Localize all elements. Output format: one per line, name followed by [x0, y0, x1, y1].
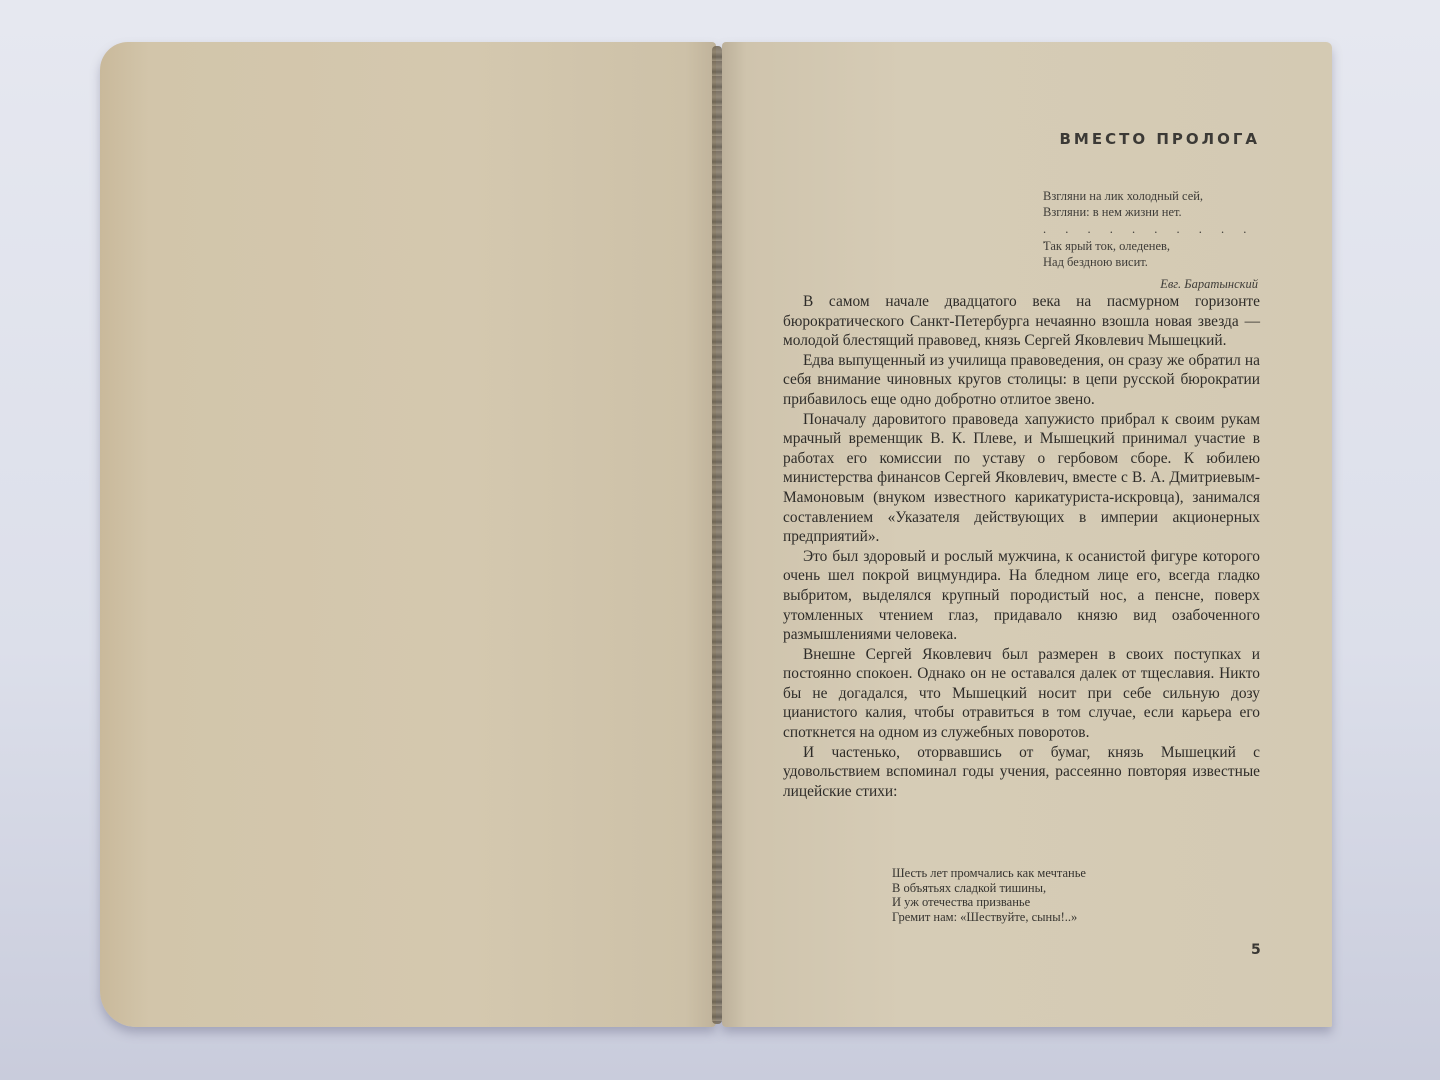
poem-line: Шесть лет промчались как мечтанье	[892, 866, 1152, 881]
paragraph: Это был здоровый и рослый мужчина, к оса…	[783, 547, 1260, 645]
epigraph-line: Над бездною висит.	[1043, 254, 1258, 270]
paragraph: Поначалу даровитого правоведа хапужисто …	[783, 410, 1260, 547]
poem-quote: Шесть лет промчались как мечтанье В объя…	[892, 866, 1152, 924]
poem-line: Гремит нам: «Шествуйте, сыны!..»	[892, 910, 1152, 925]
book-spine-gutter	[712, 46, 722, 1024]
left-page-blank	[100, 42, 716, 1027]
paragraph: В самом начале двадцатого века на пасмур…	[783, 292, 1260, 351]
paragraph: Внешне Сергей Яковлевич был размерен в с…	[783, 645, 1260, 743]
epigraph-ellipsis: . . . . . . . . . . .	[1043, 224, 1258, 238]
epigraph: Взгляни на лик холодный сей, Взгляни: в …	[1043, 188, 1258, 292]
page-number: 5	[1251, 942, 1261, 958]
epigraph-line: Взгляни на лик холодный сей,	[1043, 188, 1258, 204]
paragraph: И частенько, оторвавшись от бумаг, князь…	[783, 743, 1260, 802]
poem-line: В объятьях сладкой тишины,	[892, 881, 1152, 896]
epigraph-line: Взгляни: в нем жизни нет.	[1043, 204, 1258, 220]
chapter-title: ВМЕСТО ПРОЛОГА	[1036, 130, 1260, 148]
epigraph-line: Так ярый ток, оледенев,	[1043, 238, 1258, 254]
body-text: В самом начале двадцатого века на пасмур…	[783, 292, 1260, 801]
epigraph-author: Евг. Баратынский	[1043, 276, 1258, 292]
paragraph: Едва выпущенный из училища правоведения,…	[783, 351, 1260, 410]
poem-line: И уж отечества призванье	[892, 895, 1152, 910]
